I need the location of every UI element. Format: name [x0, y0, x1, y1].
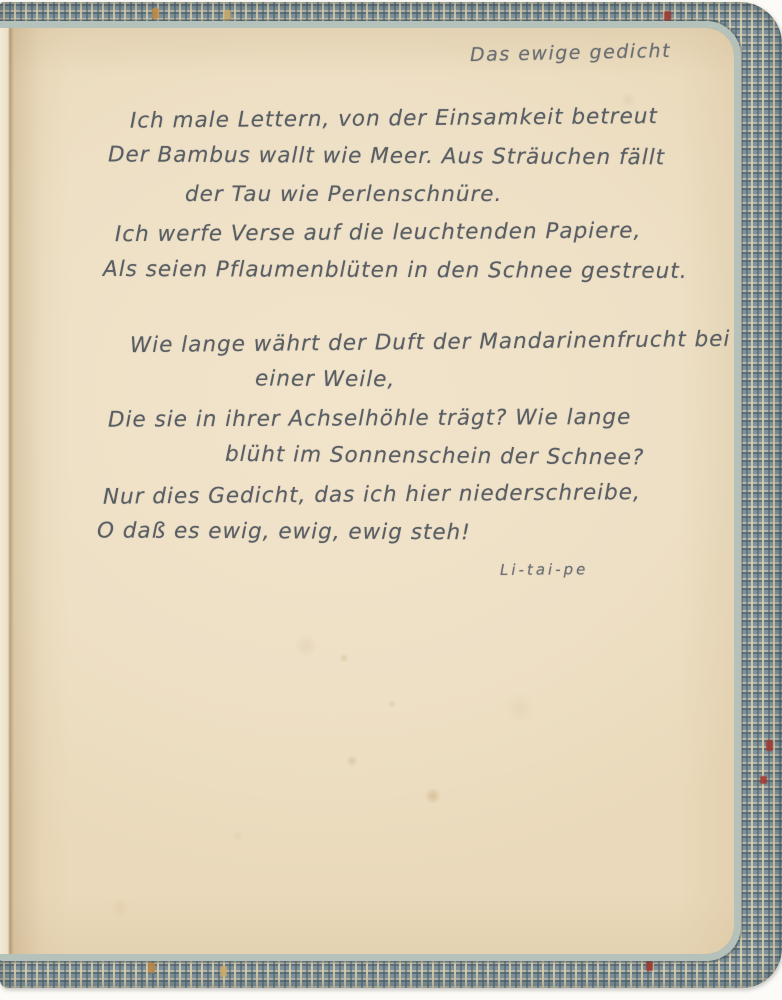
page: Das ewige gedicht Ich male Lettern, von … [0, 28, 734, 954]
fabric-fleck [766, 740, 773, 751]
poem-line: Wie lange währt der Duft der Mandarinenf… [130, 327, 725, 371]
page-title: Das ewige gedicht [470, 40, 671, 66]
poem-line: Die sie in ihrer Achselhöhle trägt? Wie … [108, 404, 725, 445]
fabric-fleck [224, 10, 231, 21]
fabric-cover: Das ewige gedicht Ich male Lettern, von … [0, 2, 782, 988]
fabric-fleck [664, 11, 671, 22]
fabric-fleck [152, 8, 159, 19]
poem-line: der Tau wie Perlenschnüre. [185, 182, 725, 220]
photograph-of-notebook: Das ewige gedicht Ich male Lettern, von … [0, 0, 782, 1000]
fabric-fleck [148, 962, 155, 973]
fabric-fleck [760, 776, 767, 784]
poem-line: Der Bambus wallt wie Meer. Aus Sträuchen… [108, 142, 725, 183]
poem-line: Als seien Pflaumenblüten in den Schnee g… [103, 257, 725, 297]
poet-signature: Li-tai-pe [500, 559, 725, 579]
poem-line: Ich werfe Verse auf die leuchtenden Papi… [115, 218, 725, 260]
fabric-fleck [220, 966, 227, 977]
fabric-fleck [646, 960, 653, 971]
poem-line: einer Weile, [255, 366, 725, 407]
poem-line: blüht im Sonnenschein der Schnee? [225, 442, 725, 484]
poem: Ich male Lettern, von der Einsamkeit bet… [95, 106, 725, 578]
poem-line: Ich male Lettern, von der Einsamkeit bet… [130, 103, 725, 146]
poem-line: Nur dies Gedicht, das ich hier niedersch… [103, 479, 725, 522]
poem-line: O daß es ewig, ewig, ewig steh! [97, 518, 725, 559]
gutter-shade [12, 28, 42, 954]
